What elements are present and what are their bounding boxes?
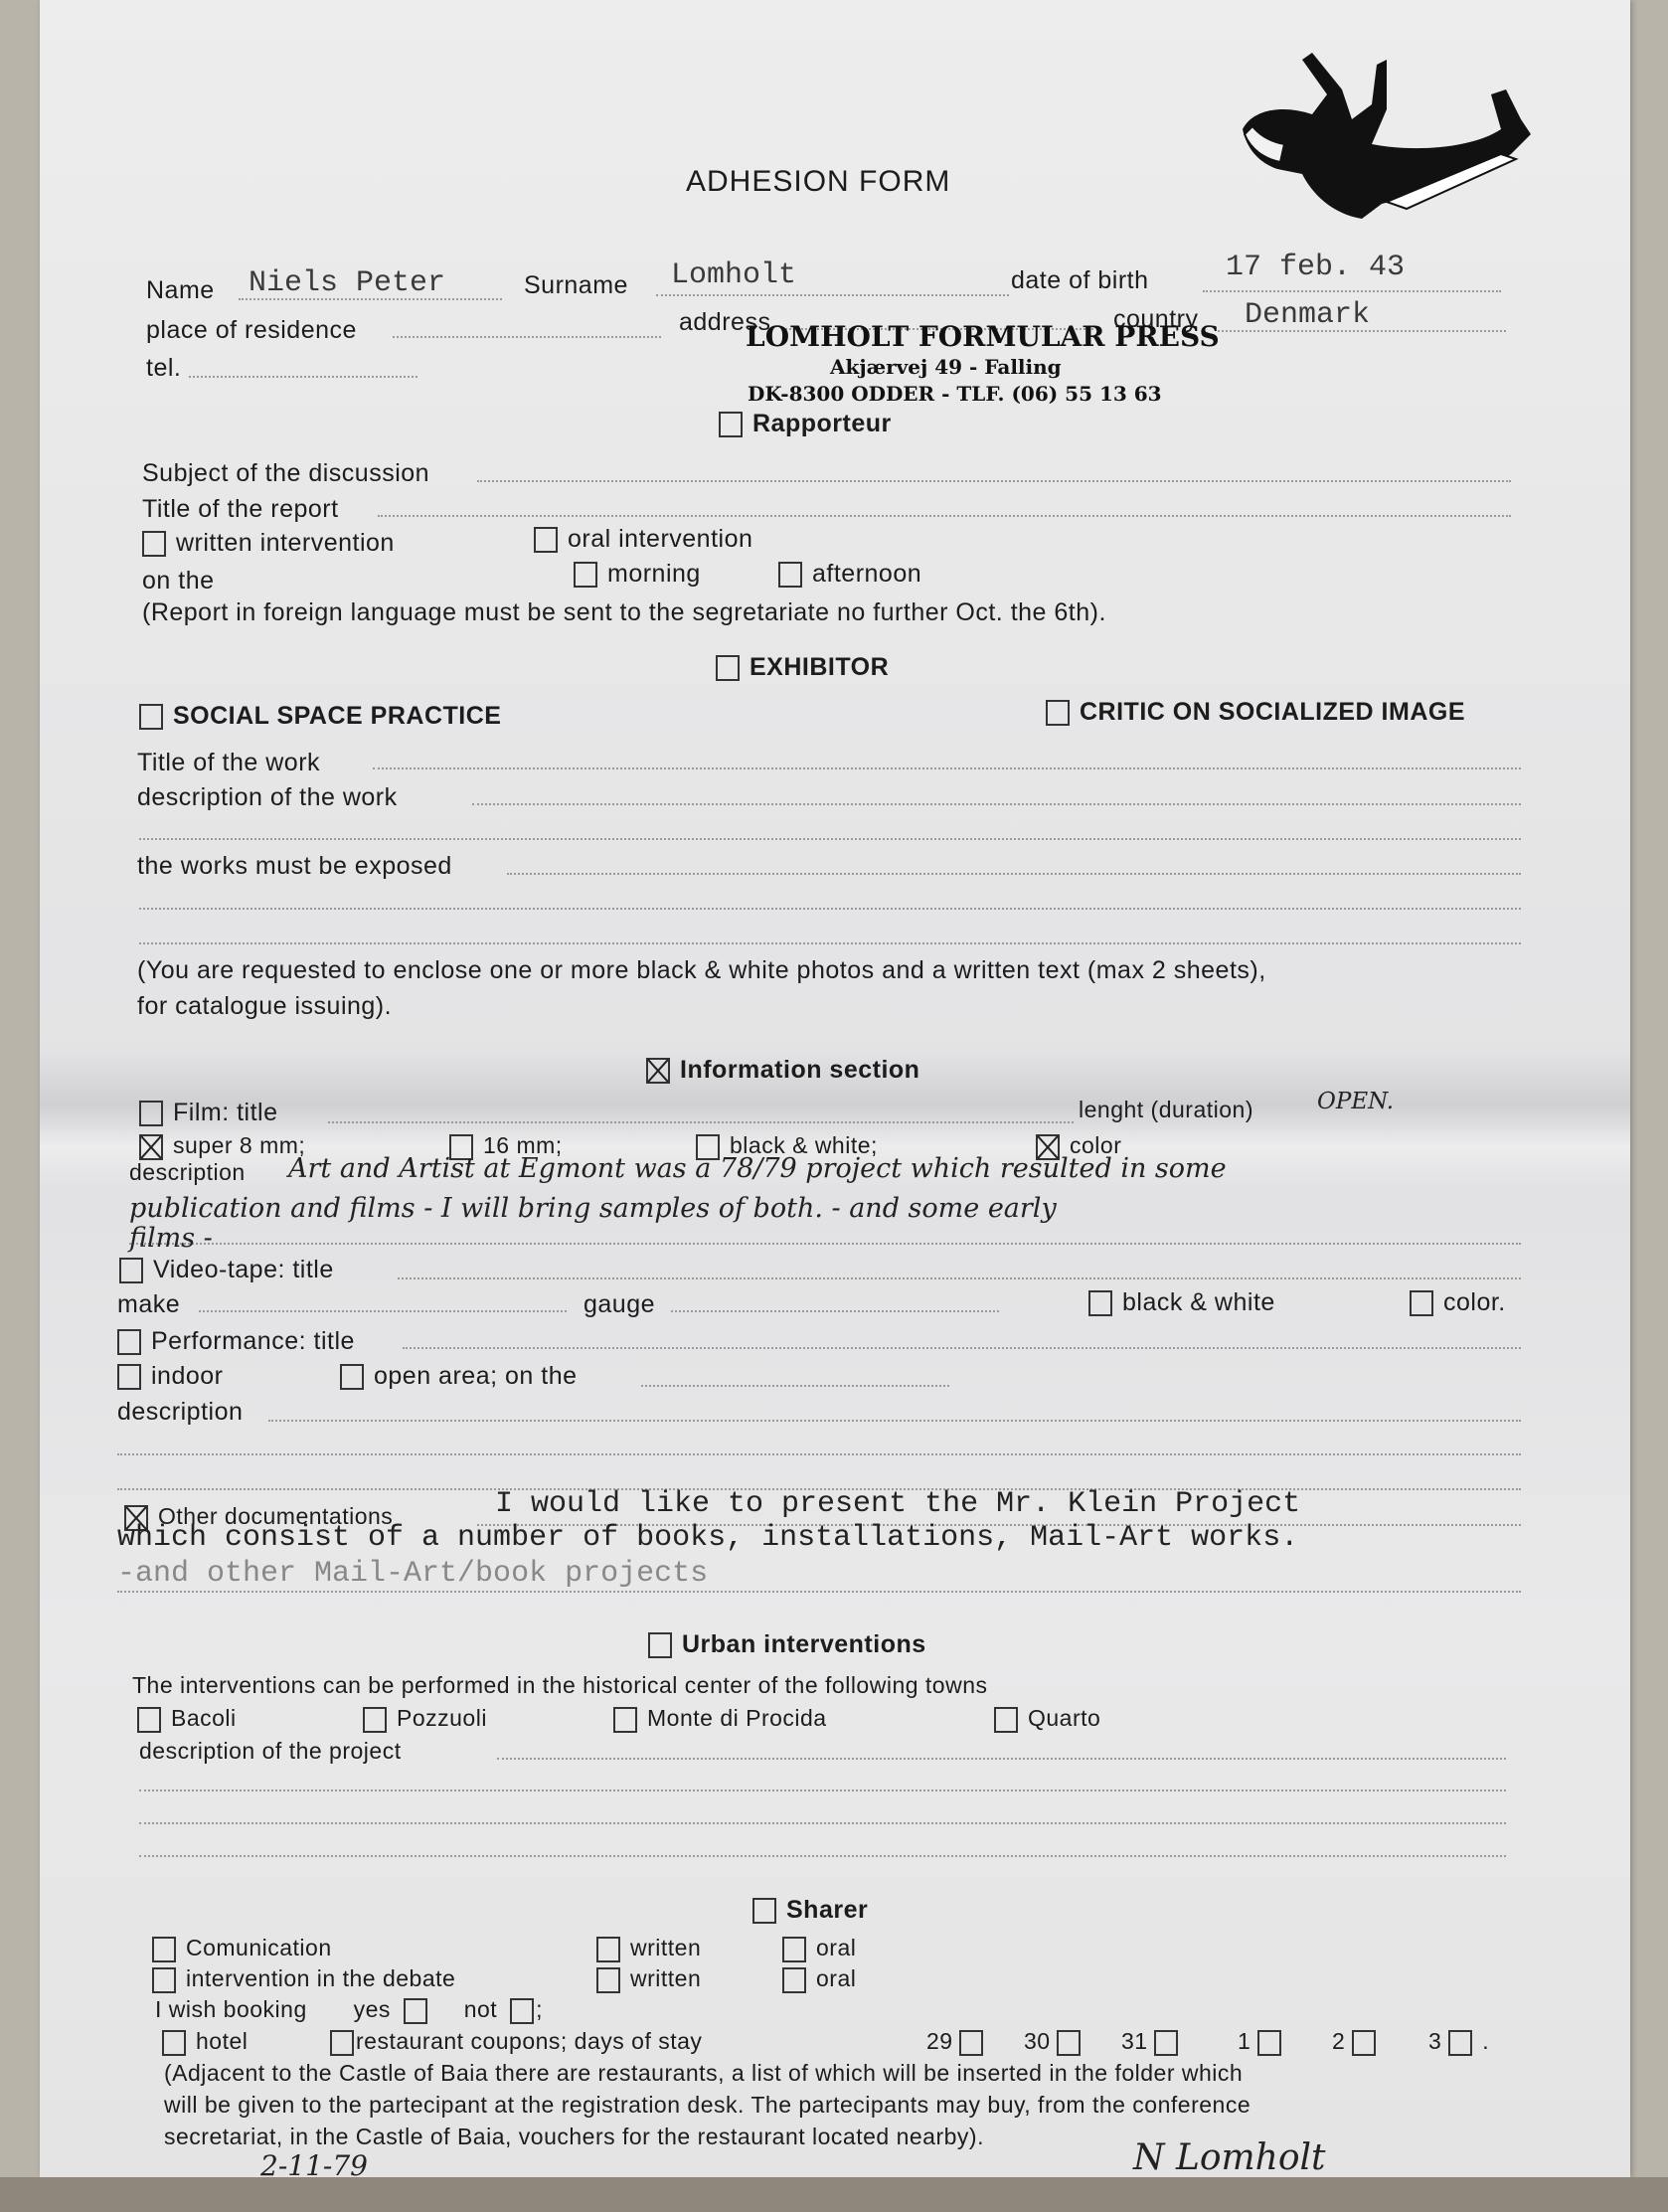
- town-option-bacoli[interactable]: Bacoli: [137, 1705, 237, 1733]
- booking-yes-label: yes: [354, 1996, 391, 2022]
- rapporteur-section: Rapporteur: [719, 410, 892, 438]
- critic-checkbox[interactable]: [1046, 700, 1070, 726]
- day-30[interactable]: 30: [1024, 2028, 1090, 2056]
- open-area-option[interactable]: open area; on the: [340, 1362, 578, 1391]
- form-title: ADHESION FORM: [686, 165, 950, 199]
- video-color-checkbox[interactable]: [1410, 1290, 1433, 1316]
- film-option[interactable]: Film: title: [139, 1099, 278, 1127]
- town-option-quarto[interactable]: Quarto: [994, 1705, 1100, 1733]
- film-description-line-2[interactable]: publication and films - I will bring sam…: [129, 1193, 1057, 1224]
- social-space-checkbox[interactable]: [139, 704, 163, 730]
- indoor-option[interactable]: indoor: [117, 1362, 224, 1391]
- debate-oral-option[interactable]: oral: [782, 1965, 856, 1993]
- name-field[interactable]: Niels Peter: [249, 266, 445, 300]
- work-title-label: Title of the work: [137, 749, 320, 777]
- day-1-checkbox[interactable]: [1257, 2030, 1281, 2056]
- video-bw-checkbox[interactable]: [1088, 1290, 1112, 1316]
- debate-option[interactable]: intervention in the debate: [152, 1965, 455, 1993]
- exhibitor-section: EXHIBITOR: [716, 653, 889, 682]
- stamp-line-1: LOMHOLT FORMULAR PRESS: [746, 320, 1220, 353]
- booking-yes-checkbox[interactable]: [404, 1998, 427, 2024]
- length-field[interactable]: OPEN.: [1317, 1089, 1394, 1114]
- rapporteur-header: Rapporteur: [752, 410, 892, 437]
- communication-checkbox[interactable]: [152, 1937, 176, 1962]
- oral-intervention-option[interactable]: oral intervention: [534, 525, 752, 554]
- indoor-checkbox[interactable]: [117, 1364, 141, 1390]
- booking-not-checkbox[interactable]: [510, 1998, 534, 2024]
- critic-option[interactable]: CRITIC ON SOCIALIZED IMAGE: [1046, 698, 1465, 727]
- morning-checkbox[interactable]: [574, 562, 597, 588]
- day-30-checkbox[interactable]: [1057, 2030, 1081, 2056]
- day-2-checkbox[interactable]: [1352, 2030, 1376, 2056]
- hotel-option[interactable]: hotel: [162, 2028, 248, 2056]
- day-3-checkbox[interactable]: [1448, 2030, 1472, 2056]
- stamp-line-2: Akjærvej 49 - Falling: [830, 355, 1062, 379]
- country-field[interactable]: Denmark: [1245, 298, 1370, 332]
- sharer-note-line-1: (Adjacent to the Castle of Baia there ar…: [164, 2060, 1243, 2087]
- written-intervention-checkbox[interactable]: [142, 531, 166, 557]
- surname-field[interactable]: Lomholt: [671, 258, 796, 292]
- project-description-label: description of the project: [139, 1738, 402, 1765]
- sharer-note-line-3: secretariat, in the Castle of Baia, vouc…: [164, 2124, 984, 2150]
- super8-option[interactable]: super 8 mm;: [139, 1132, 305, 1160]
- morning-option[interactable]: morning: [574, 560, 701, 589]
- day-29[interactable]: 29: [926, 2028, 993, 2056]
- social-space-option[interactable]: SOCIAL SPACE PRACTICE: [139, 702, 501, 731]
- film-description-line-1[interactable]: Art and Artist at Egmont was a 78/79 pro…: [288, 1153, 1227, 1184]
- communication-oral-option[interactable]: oral: [782, 1935, 856, 1962]
- booking-row: I wish booking yes not ;: [155, 1996, 543, 2024]
- exhibitor-header: EXHIBITOR: [750, 653, 889, 681]
- gauge-label: gauge: [584, 1290, 655, 1319]
- day-31-checkbox[interactable]: [1154, 2030, 1178, 2056]
- performance-option[interactable]: Performance: title: [117, 1327, 355, 1356]
- sharer-section: Sharer: [752, 1896, 868, 1925]
- information-section: Information section: [646, 1056, 919, 1085]
- booking-not-label: not: [464, 1996, 497, 2022]
- day-29-checkbox[interactable]: [959, 2030, 983, 2056]
- oral-intervention-checkbox[interactable]: [534, 527, 558, 553]
- exhibitor-note-line-2: for catalogue issuing).: [137, 992, 392, 1021]
- super8-checkbox-checked[interactable]: [139, 1134, 163, 1160]
- table-surface: [0, 2177, 1668, 2212]
- day-31[interactable]: 31: [1121, 2028, 1188, 2056]
- afternoon-option[interactable]: afternoon: [778, 560, 921, 589]
- rapporteur-note: (Report in foreign language must be sent…: [142, 598, 1106, 627]
- town-bacoli-checkbox[interactable]: [137, 1707, 161, 1733]
- afternoon-checkbox[interactable]: [778, 562, 802, 588]
- day-1[interactable]: 1: [1238, 2028, 1291, 2056]
- dob-field[interactable]: 17 feb. 43: [1226, 251, 1405, 284]
- film-description-label: description: [129, 1159, 246, 1186]
- information-checkbox-checked[interactable]: [646, 1058, 670, 1084]
- video-color-option[interactable]: color.: [1410, 1288, 1506, 1317]
- stamp-line-3: DK-8300 ODDER - TLF. (06) 55 13 63: [748, 382, 1162, 406]
- town-option-monte-di-procida[interactable]: Monte di Procida: [613, 1705, 827, 1733]
- exhibitor-checkbox[interactable]: [716, 655, 740, 681]
- day-2[interactable]: 2: [1332, 2028, 1386, 2056]
- written-intervention-option[interactable]: written intervention: [142, 529, 395, 558]
- film-checkbox[interactable]: [139, 1101, 163, 1126]
- on-the-label: on the: [142, 567, 215, 596]
- other-documentations-line-2[interactable]: which consist of a number of books, inst…: [117, 1521, 1298, 1555]
- length-label: lenght (duration): [1079, 1097, 1253, 1123]
- handwritten-date: 2-11-79: [260, 2149, 368, 2182]
- hotel-checkbox[interactable]: [162, 2030, 186, 2056]
- other-documentations-line-1[interactable]: I would like to present the Mr. Klein Pr…: [495, 1487, 1300, 1521]
- exposed-label: the works must be exposed: [137, 852, 452, 881]
- debate-written-checkbox[interactable]: [596, 1967, 620, 1993]
- sharer-note-line-2: will be given to the partecipant at the …: [164, 2092, 1251, 2119]
- day-3[interactable]: 3 .: [1428, 2028, 1489, 2056]
- residence-label: place of residence: [146, 316, 357, 345]
- sharer-checkbox[interactable]: [752, 1898, 776, 1924]
- make-label: make: [117, 1290, 180, 1319]
- urban-checkbox[interactable]: [648, 1632, 672, 1658]
- communication-written-checkbox[interactable]: [596, 1937, 620, 1962]
- town-monte-di-procida-checkbox[interactable]: [613, 1707, 637, 1733]
- town-pozzuoli-checkbox[interactable]: [363, 1707, 387, 1733]
- urban-header: Urban interventions: [682, 1630, 926, 1658]
- video-checkbox[interactable]: [119, 1258, 143, 1283]
- report-title-label: Title of the report: [142, 495, 339, 524]
- debate-written-option[interactable]: written: [596, 1965, 701, 1993]
- urban-intro: The interventions can be performed in th…: [132, 1672, 988, 1699]
- communication-option[interactable]: Comunication: [152, 1935, 332, 1962]
- surname-label: Surname: [524, 271, 628, 300]
- information-header: Information section: [680, 1056, 919, 1084]
- rapporteur-checkbox[interactable]: [719, 412, 743, 437]
- restaurant-coupons-option[interactable]: restaurant coupons; days of stay: [330, 2028, 702, 2056]
- video-option[interactable]: Video-tape: title: [119, 1256, 334, 1284]
- town-option-pozzuoli[interactable]: Pozzuoli: [363, 1705, 487, 1733]
- dob-label: date of birth: [1011, 266, 1149, 295]
- communication-oral-checkbox[interactable]: [782, 1937, 806, 1962]
- subject-label: Subject of the discussion: [142, 459, 429, 488]
- booking-label: I wish booking: [155, 1996, 307, 2022]
- performance-description-label: description: [117, 1398, 243, 1427]
- signature: N Lomholt: [1133, 2137, 1326, 2178]
- communication-written-option[interactable]: written: [596, 1935, 701, 1962]
- other-documentations-line-3[interactable]: -and other Mail-Art/book projects: [117, 1557, 708, 1591]
- debate-checkbox[interactable]: [152, 1967, 176, 1993]
- work-description-label: description of the work: [137, 783, 398, 812]
- exhibitor-note-line-1: (You are requested to enclose one or mor…: [137, 956, 1266, 985]
- restaurant-coupons-checkbox[interactable]: [330, 2030, 354, 2056]
- debate-oral-checkbox[interactable]: [782, 1967, 806, 1993]
- town-quarto-checkbox[interactable]: [994, 1707, 1018, 1733]
- open-area-checkbox[interactable]: [340, 1364, 364, 1390]
- name-label: Name: [146, 276, 215, 305]
- falling-man-illustration: [1173, 35, 1551, 234]
- performance-checkbox[interactable]: [117, 1329, 141, 1355]
- video-bw-option[interactable]: black & white: [1088, 1288, 1275, 1317]
- tel-label: tel.: [146, 354, 181, 383]
- sharer-header: Sharer: [786, 1896, 868, 1924]
- film-description-line-3[interactable]: films -: [129, 1223, 213, 1254]
- urban-section: Urban interventions: [648, 1630, 926, 1659]
